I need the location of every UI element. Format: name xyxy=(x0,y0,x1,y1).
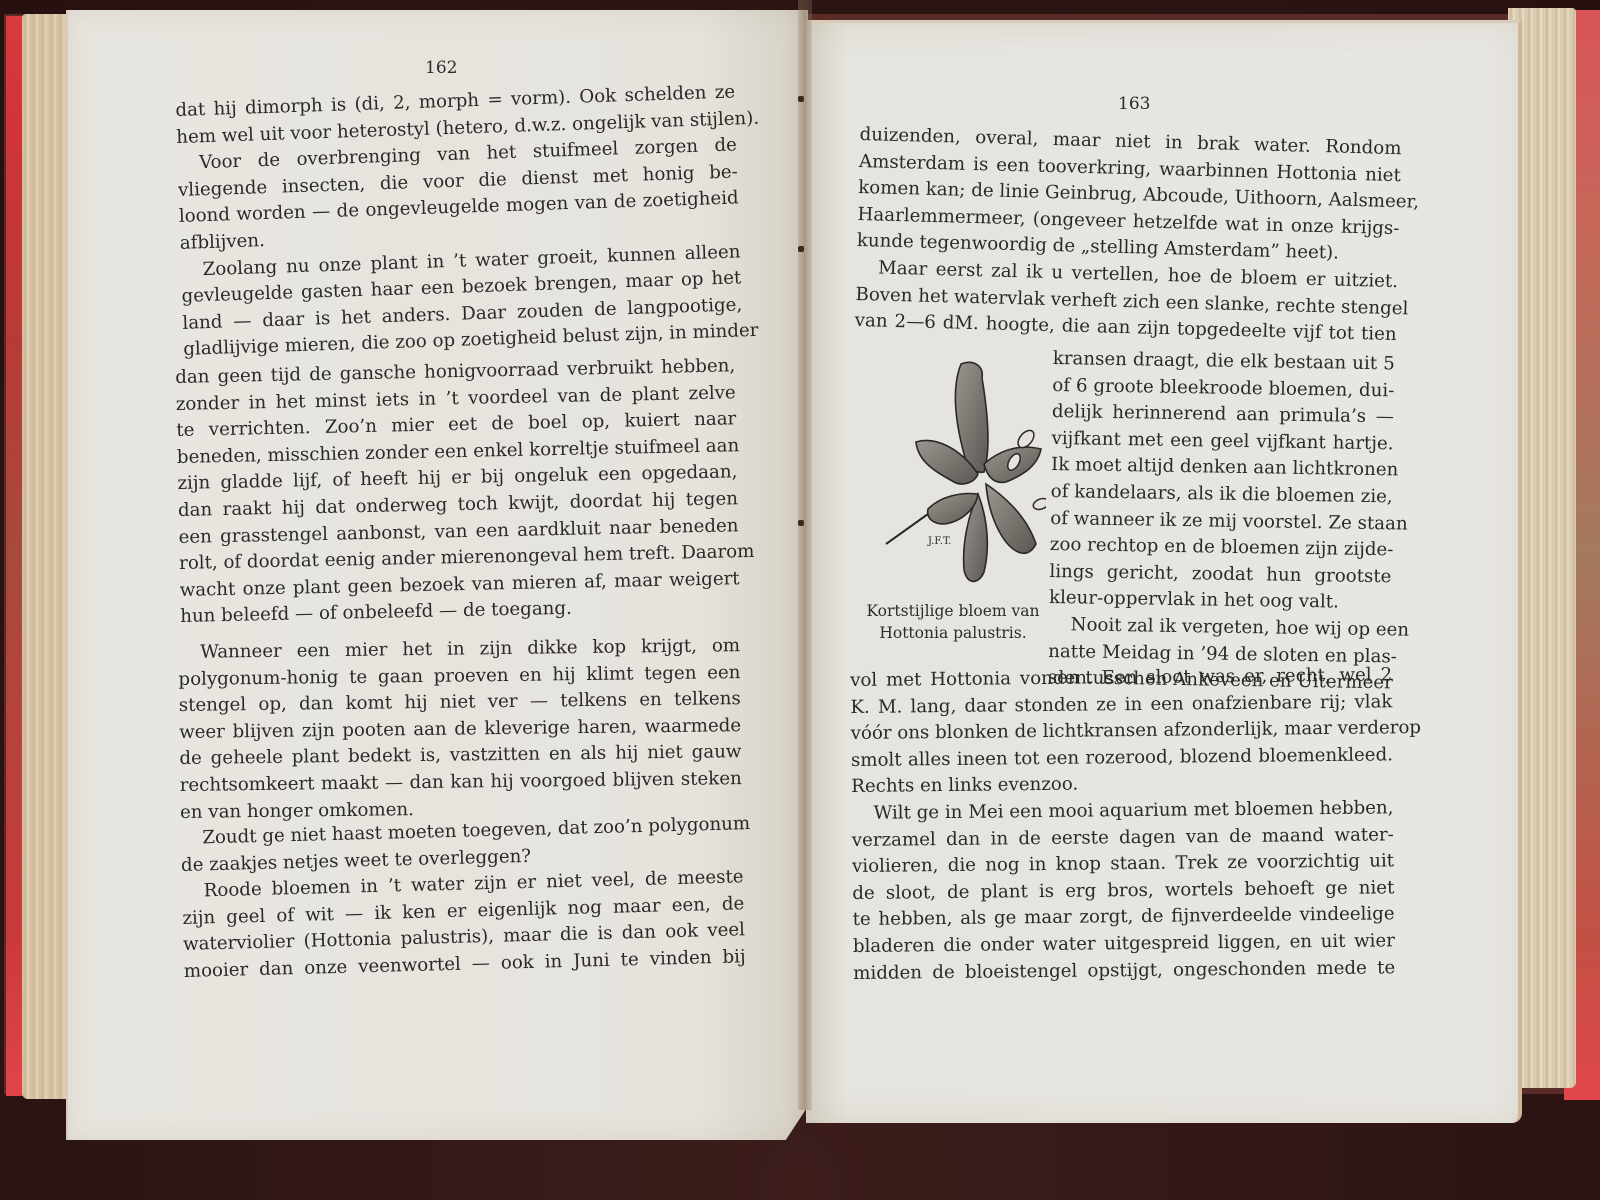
binding-stitch xyxy=(798,96,804,102)
left-paragraphs-3: Wanneer een mier het in zijn dikke kop k… xyxy=(178,633,742,826)
figure-caption: Kortstijlige bloem van Hottonia palustri… xyxy=(858,600,1048,644)
caption-line: Kortstijlige bloem van xyxy=(858,600,1048,622)
right-top-text: duizenden, overal, maar niet in brak wat… xyxy=(854,122,1401,349)
book-gutter xyxy=(798,0,812,1110)
binding-stitch xyxy=(798,520,804,526)
left-paragraphs-1: dat hij dimorph is (di, 2, morph = vorm)… xyxy=(175,79,744,363)
left-page-number: 162 xyxy=(425,58,457,78)
svg-text:J.F.T.: J.F.T. xyxy=(927,536,951,547)
right-page-number: 163 xyxy=(1118,94,1150,114)
caption-line: Hottonia palustris. xyxy=(858,622,1048,644)
text-line: midden de bloeistengel opstijgt, ongesch… xyxy=(853,955,1395,987)
binding-stitch xyxy=(798,246,804,252)
right-bottom-text: vol met Hottonia vonden. Een sloot was e… xyxy=(850,662,1395,987)
right-wrap-text: kransen draagt, die elk bestaan uit 5 of… xyxy=(1048,346,1395,697)
flower-illustration-icon: J.F.T. xyxy=(866,344,1046,594)
left-paragraphs-4: Zoudt ge niet haast moeten toegeven, dat… xyxy=(180,811,746,985)
left-paragraphs-2: dan geen tijd de gansche honigvoorraad v… xyxy=(175,353,740,631)
